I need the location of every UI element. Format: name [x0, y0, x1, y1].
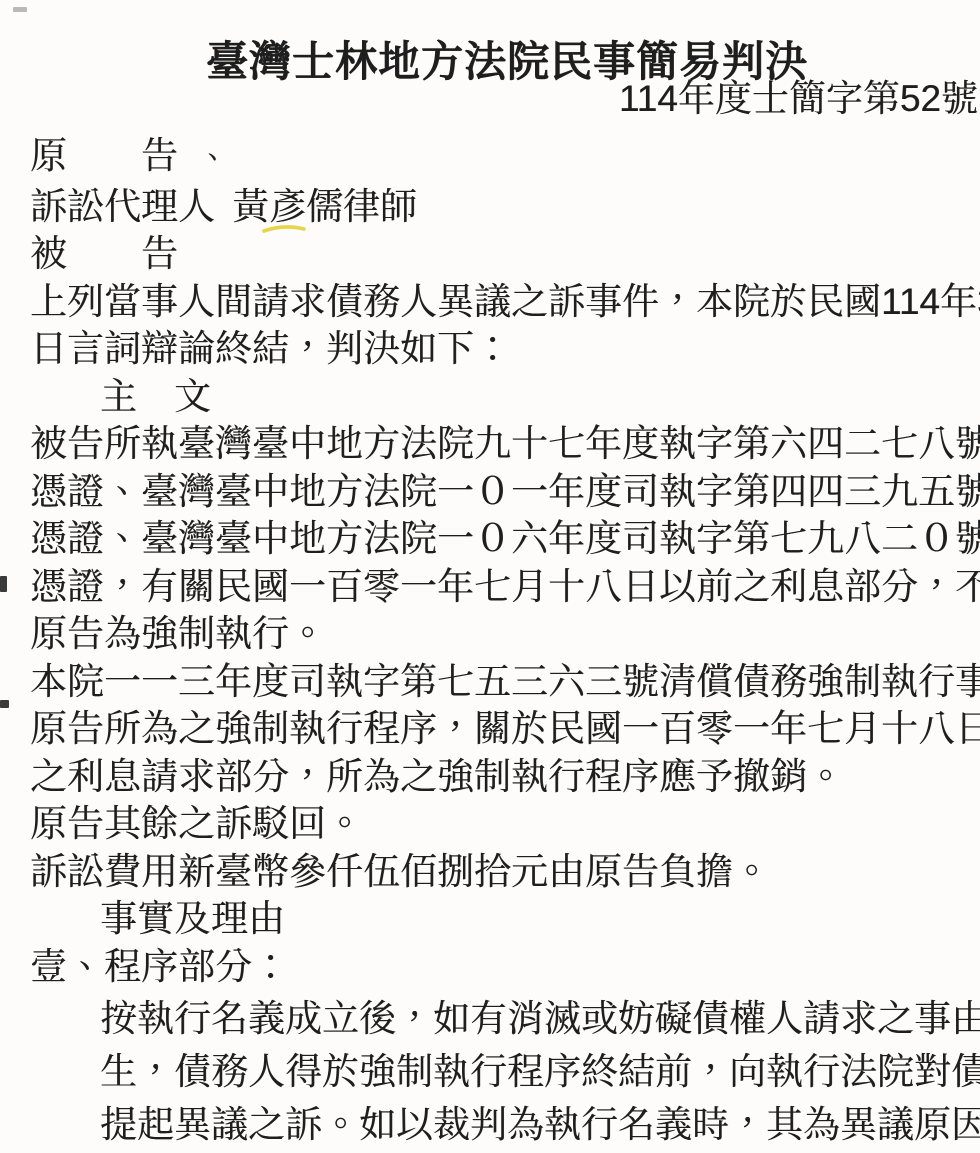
preamble-line: 日言詞辯論終結，判決如下： — [30, 325, 952, 373]
section-heading: 壹、程序部分： — [30, 943, 952, 991]
main-text-line: 原告為強制執行。 — [30, 610, 952, 658]
main-text-line: 訴訟費用新臺幣參仟伍佰捌拾元由原告負擔。 — [30, 848, 952, 896]
facts-heading: 事實及理由 — [30, 895, 952, 943]
main-text-line: 憑證，有關民國一百零一年七月十八日以前之利息部分，不得對 — [30, 563, 952, 611]
facts-line: 生，債務人得於強制執行程序終結前，向執行法院對債權人 — [30, 1045, 952, 1098]
facts-paragraph: 按執行名義成立後，如有消滅或妨礙債權人請求之事由發 生，債務人得於強制執行程序終… — [30, 992, 952, 1151]
main-text-heading: 主 文 — [30, 373, 952, 421]
attorney-name: 黃彥儒律師 — [232, 183, 417, 231]
attorney-role-label: 訴訟代理人 — [30, 186, 215, 227]
main-text-line: 原告所為之強制執行程序，關於民國一百零一年七月十八日以前 — [30, 705, 952, 753]
defendant-row: 被 告 — [30, 230, 952, 278]
main-text-line: 之利息請求部分，所為之強制執行程序應予撤銷。 — [30, 753, 952, 801]
document-body: 原 告、 訴訟代理人黃彥儒律師 被 告 上列當事人間請求債務人異議之訴事件，本院… — [30, 132, 952, 1151]
case-number: 114年度士簡字第52號 — [619, 76, 978, 122]
attorney-row: 訴訟代理人黃彥儒律師 — [30, 183, 952, 231]
attorney-name-text: 黃彥儒律師 — [232, 186, 417, 227]
scan-artifact — [0, 576, 7, 592]
main-text-line: 憑證、臺灣臺中地方法院一０六年度司執字第七九八二０號債權 — [30, 515, 952, 563]
plaintiff-label: 原 告 — [30, 135, 178, 176]
main-text-line: 原告其餘之訴駁回。 — [30, 800, 952, 848]
preamble-line: 上列當事人間請求債務人異議之訴事件，本院於民國114年3月4 — [30, 278, 952, 326]
scan-artifact — [0, 700, 9, 708]
judgment-page: 臺灣士林地方法院民事簡易判決 114年度士簡字第52號 原 告、 訴訟代理人黃彥… — [0, 0, 980, 1153]
main-text-line: 憑證、臺灣臺中地方法院一０一年度司執字第四四三九五號債權 — [30, 468, 952, 516]
facts-line: 按執行名義成立後，如有消滅或妨礙債權人請求之事由發 — [30, 992, 952, 1045]
facts-line: 提起異議之訴。如以裁判為執行名義時，其為異議原因之事 — [30, 1098, 952, 1151]
plaintiff-annotation-mark: 、 — [198, 142, 228, 175]
main-text-line: 本院一一三年度司執字第七五三六三號清償債務強制執行事件對 — [30, 658, 952, 706]
plaintiff-row: 原 告、 — [30, 132, 952, 183]
defendant-label: 被 告 — [30, 233, 178, 274]
scan-artifact — [13, 7, 27, 12]
main-text-line: 被告所執臺灣臺中地方法院九十七年度執字第六四二七八號債權 — [30, 420, 952, 468]
